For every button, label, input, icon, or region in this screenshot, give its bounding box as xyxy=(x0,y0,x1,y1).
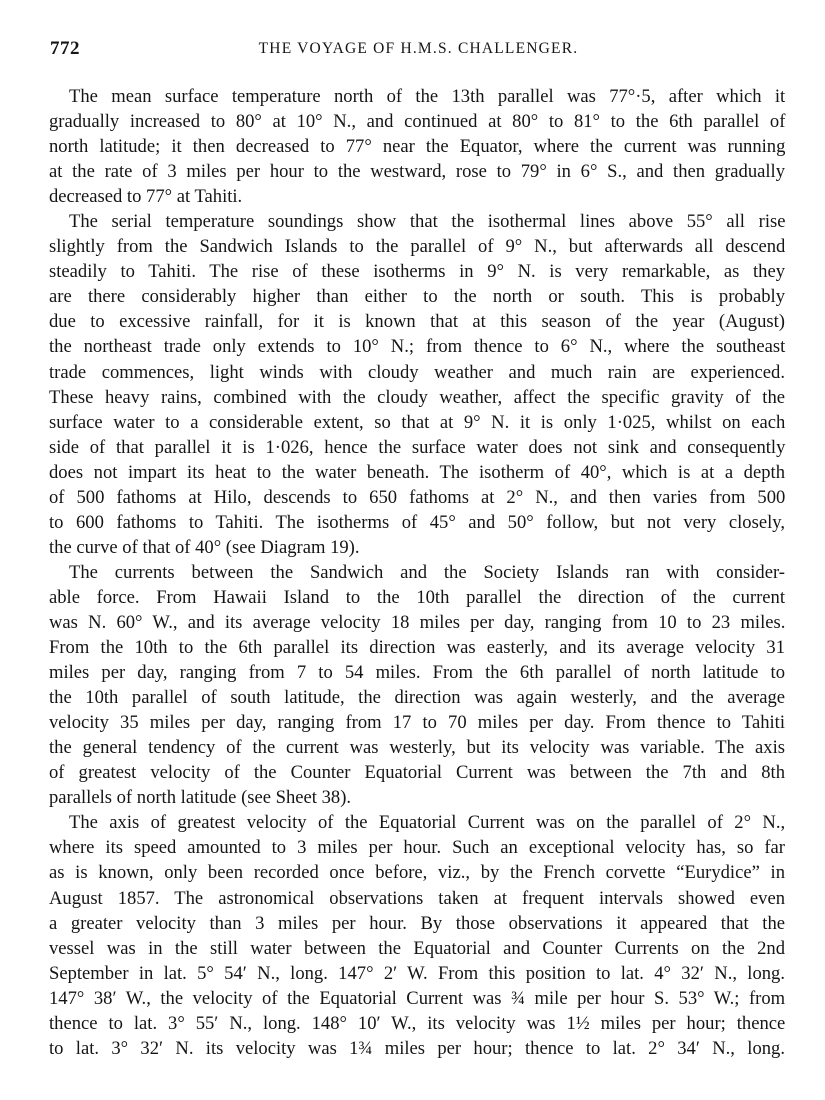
paragraph-equatorial-current: The axis of greatest velocity of the Equ… xyxy=(49,810,785,1060)
text-line: gradually increased to 80° at 10° N., an… xyxy=(49,109,785,134)
text-line: was N. 60° W., and its average velocity … xyxy=(49,610,785,635)
text-line: the northeast trade only extends to 10° … xyxy=(49,334,785,359)
text-line: velocity 35 miles per day, ranging from … xyxy=(49,710,785,735)
text-line: north latitude; it then decreased to 77°… xyxy=(49,134,785,159)
text-line: to lat. 3° 32′ N. its velocity was 1¾ mi… xyxy=(49,1036,785,1061)
text-line: vessel was in the still water between th… xyxy=(49,936,785,961)
text-line: the 10th parallel of south latitude, the… xyxy=(49,685,785,710)
text-line: trade commences, light winds with cloudy… xyxy=(49,360,785,385)
text-line: able force. From Hawaii Island to the 10… xyxy=(49,585,785,610)
text-line: slightly from the Sandwich Islands to th… xyxy=(49,234,785,259)
running-title: THE VOYAGE OF H.M.S. CHALLENGER. xyxy=(50,40,787,58)
text-line: are there considerably higher than eithe… xyxy=(49,284,785,309)
text-line: The currents between the Sandwich and th… xyxy=(49,560,785,585)
text-line: From the 10th to the 6th parallel its di… xyxy=(49,635,785,660)
text-line: The serial temperature soundings show th… xyxy=(49,209,785,234)
text-line: 147° 38′ W., the velocity of the Equator… xyxy=(49,986,785,1011)
text-line: decreased to 77° at Tahiti. xyxy=(49,184,785,209)
text-line: at the rate of 3 miles per hour to the w… xyxy=(49,159,785,184)
paragraph-currents: The currents between the Sandwich and th… xyxy=(49,560,785,810)
text-line: August 1857. The astronomical observatio… xyxy=(49,886,785,911)
text-line: due to excessive rainfall, for it is kno… xyxy=(49,309,785,334)
text-line: of 500 fathoms at Hilo, descends to 650 … xyxy=(49,485,785,510)
text-line: September in lat. 5° 54′ N., long. 147° … xyxy=(49,961,785,986)
text-line: where its speed amounted to 3 miles per … xyxy=(49,835,785,860)
body-text: The mean surface temperature north of th… xyxy=(49,84,785,1061)
text-line: parallels of north latitude (see Sheet 3… xyxy=(49,785,785,810)
paragraph-serial-soundings: The serial temperature soundings show th… xyxy=(49,209,785,560)
text-line: of greatest velocity of the Counter Equa… xyxy=(49,760,785,785)
text-line: surface water to a considerable extent, … xyxy=(49,410,785,435)
text-line: the general tendency of the current was … xyxy=(49,735,785,760)
text-line: does not impart its heat to the water be… xyxy=(49,460,785,485)
text-line: side of that parallel it is 1·026, hence… xyxy=(49,435,785,460)
text-line: The mean surface temperature north of th… xyxy=(49,84,785,109)
text-line: as is known, only been recorded once bef… xyxy=(49,860,785,885)
text-line: The axis of greatest velocity of the Equ… xyxy=(49,810,785,835)
text-line: thence to lat. 3° 55′ N., long. 148° 10′… xyxy=(49,1011,785,1036)
text-line: miles per day, ranging from 7 to 54 mile… xyxy=(49,660,785,685)
text-line: steadily to Tahiti. The rise of these is… xyxy=(49,259,785,284)
text-line: to 600 fathoms to Tahiti. The isotherms … xyxy=(49,510,785,535)
text-line: a greater velocity than 3 miles per hour… xyxy=(49,911,785,936)
paragraph-surface-temperature: The mean surface temperature north of th… xyxy=(49,84,785,209)
page-header: 772 THE VOYAGE OF H.M.S. CHALLENGER. xyxy=(50,38,787,66)
text-line: These heavy rains, combined with the clo… xyxy=(49,385,785,410)
text-line: the curve of that of 40° (see Diagram 19… xyxy=(49,535,785,560)
